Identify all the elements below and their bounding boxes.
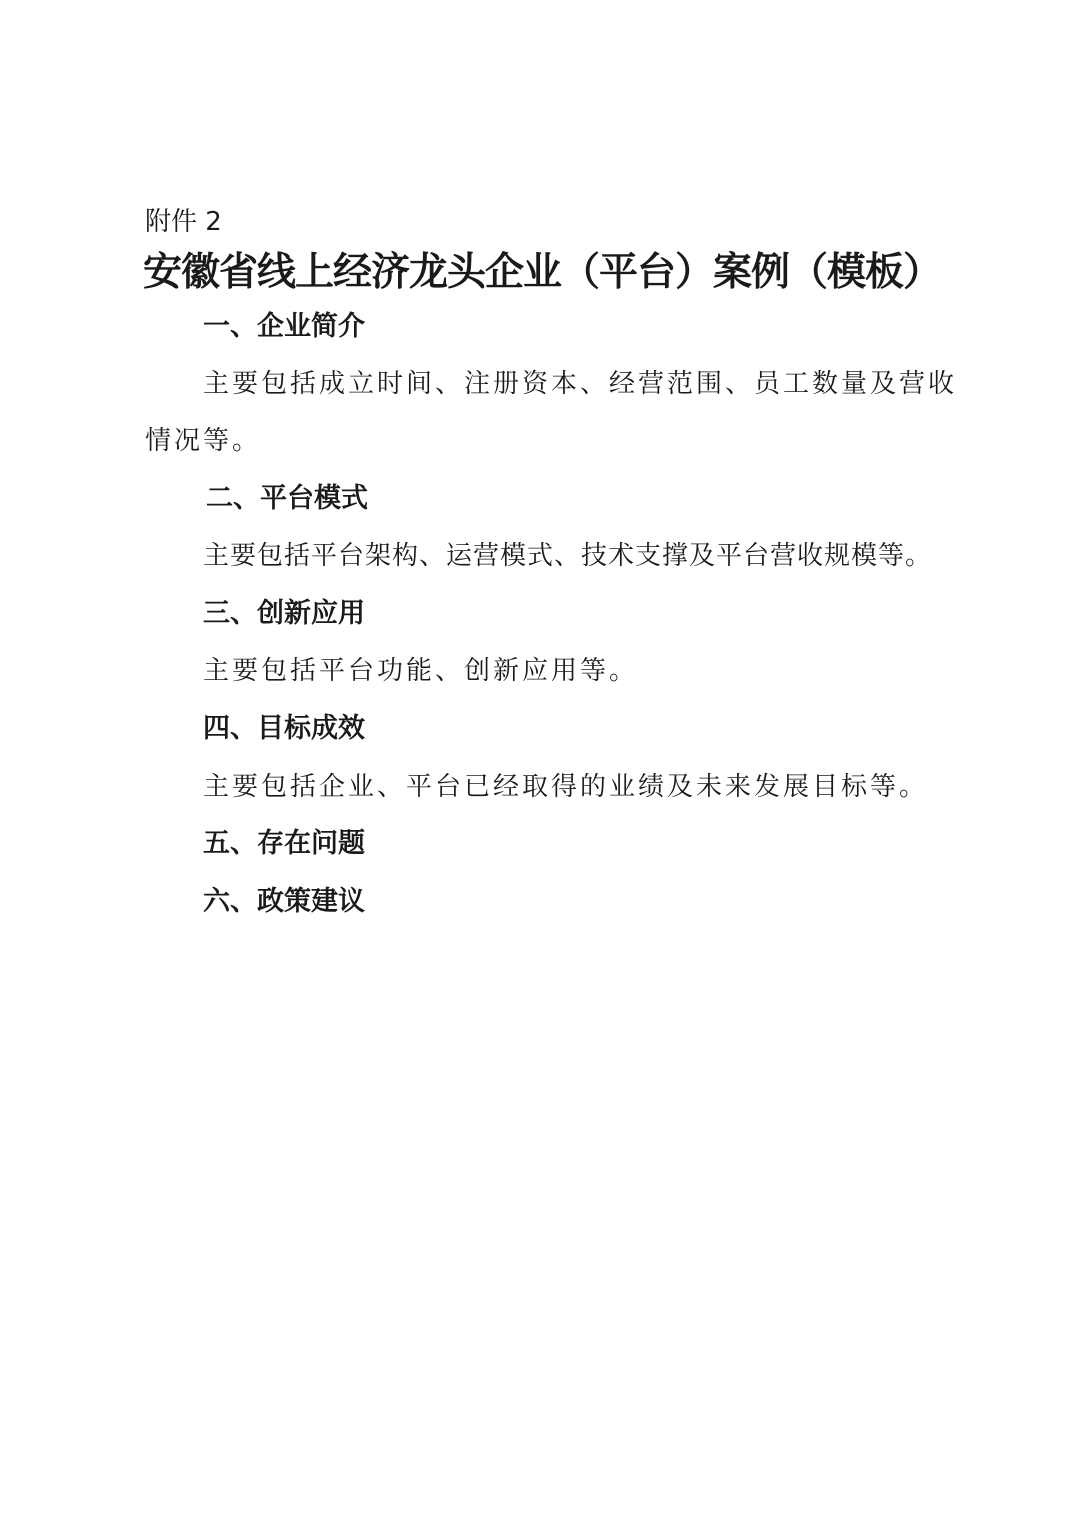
section-heading-4: 四、目标成效 [203, 711, 365, 747]
section-body-4: 主要包括企业、平台已经取得的业绩及未来发展目标等。 [203, 769, 928, 805]
section-body-3: 主要包括平台功能、创新应用等。 [203, 653, 638, 689]
section-body-1-line2: 情况等。 [145, 423, 261, 459]
section-body-1-line1: 主要包括成立时间、注册资本、经营范围、员工数量及营收 [203, 366, 957, 402]
section-heading-3: 三、创新应用 [203, 596, 365, 632]
section-heading-2: 二、平台模式 [206, 481, 368, 517]
attachment-label: 附件 2 [145, 204, 222, 240]
document-title: 安徽省线上经济龙头企业（平台）案例（模板） [143, 246, 941, 298]
section-body-2: 主要包括平台架构、运营模式、技术支撑及平台营收规模等。 [203, 538, 932, 574]
section-heading-1: 一、企业简介 [203, 309, 365, 345]
section-heading-6: 六、政策建议 [203, 884, 365, 920]
section-heading-5: 五、存在问题 [203, 826, 365, 862]
